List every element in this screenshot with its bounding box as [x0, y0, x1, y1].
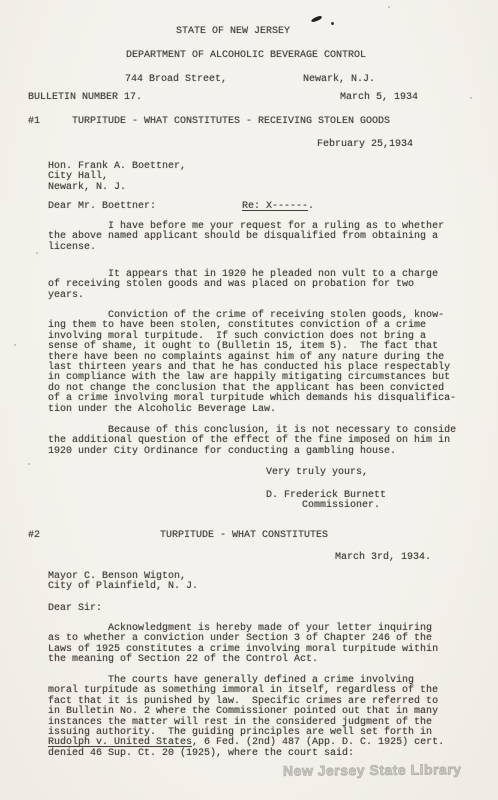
letter1-paragraph-3: Conviction of the crime of receiving sto…: [48, 311, 456, 415]
case-citation: Rudolph v. United States: [48, 737, 192, 748]
re-reference: Re: X------: [242, 201, 308, 212]
letterhead-street: 744 Broad Street,: [125, 75, 227, 85]
letter1-date: February 25,1934: [317, 140, 413, 150]
scan-speck: [28, 463, 30, 465]
letter1-salutation: Dear Mr. Boettner:: [48, 202, 156, 212]
item1-title: TURPITUDE - WHAT CONSTITUTES - RECEIVING…: [72, 117, 390, 127]
letter2-salutation: Dear Sir:: [48, 604, 102, 614]
letter2-date: March 3rd, 1934.: [335, 553, 431, 563]
item2-title: TURPITUDE - WHAT CONSTITUTES: [160, 531, 328, 541]
bulletin-number: BULLETIN NUMBER 17.: [28, 93, 142, 103]
scan-speck: [470, 97, 472, 99]
letter2-paragraph-1: Acknowledgment is hereby made of your le…: [48, 624, 438, 666]
document-page: STATE OF NEW JERSEY DEPARTMENT OF ALCOHO…: [0, 0, 498, 800]
item1-number: #1: [28, 117, 40, 127]
item2-number: #2: [28, 531, 40, 541]
letterhead-state: STATE OF NEW JERSEY: [176, 27, 290, 37]
ink-dot: [331, 22, 334, 25]
letter2-recipient-address: Mayor C. Benson Wigton, City of Plainfie…: [48, 572, 198, 593]
letterhead-city: Newark, N.J.: [303, 75, 375, 85]
letter1-closing: Very truly yours,: [266, 468, 368, 478]
ink-mark: [311, 15, 323, 22]
letter1-paragraph-1: I have before me your request for a ruli…: [48, 222, 444, 253]
scan-speck: [36, 252, 38, 254]
scan-speck: [14, 344, 16, 346]
letter1-paragraph-2: It appears that in 1920 he pleaded non v…: [48, 270, 438, 301]
library-stamp: New Jersey State Library: [283, 764, 462, 776]
letterhead-department: DEPARTMENT OF ALCOHOLIC BEVERAGE CONTROL: [126, 51, 366, 61]
paragraph-text: The courts have generally defined a crim…: [48, 675, 438, 738]
letter1-recipient-address: Hon. Frank A. Boettner, City Hall, Newar…: [48, 162, 186, 193]
letter1-re-line: Re: X------.: [242, 202, 314, 212]
scan-speck: [388, 6, 390, 8]
bulletin-date: March 5, 1934: [340, 93, 418, 103]
letter1-signer-title: Commissioner.: [302, 501, 380, 511]
re-period: .: [308, 201, 314, 212]
letter2-paragraph-2: The courts have generally defined a crim…: [48, 676, 444, 759]
letter1-paragraph-4: Because of this conclusion, it is not ne…: [48, 426, 456, 457]
